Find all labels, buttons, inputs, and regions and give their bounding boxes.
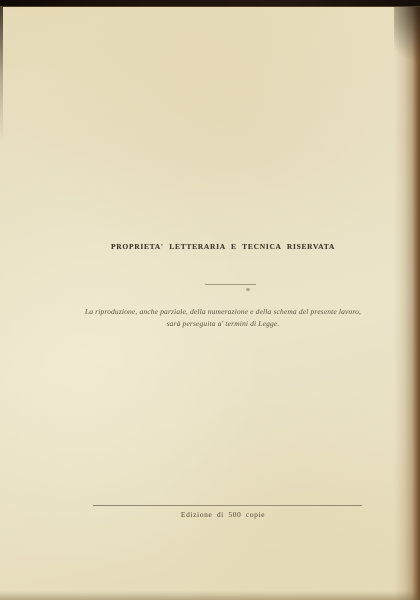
reproduction-notice: La riproduzione, anche parziale, della n…	[13, 306, 420, 330]
book-page: PROPRIETA' LETTERARIA E TECNICA RISERVAT…	[0, 6, 420, 600]
notice-line-1: La riproduzione, anche parziale, della n…	[85, 307, 361, 316]
copyright-heading: PROPRIETA' LETTERARIA E TECNICA RISERVAT…	[13, 242, 420, 251]
binding-edge-top	[0, 0, 420, 7]
edition-note: Edizione di 500 copie	[13, 510, 420, 519]
heading-divider-rule	[205, 284, 256, 285]
page-shadow-bottom	[0, 591, 420, 600]
binding-edge-left	[0, 0, 3, 140]
book-scan: PROPRIETA' LETTERARIA E TECNICA RISERVAT…	[0, 0, 420, 600]
page-edge-right	[394, 0, 420, 600]
ink-speck	[246, 287, 251, 291]
colophon-rule	[93, 505, 362, 506]
notice-line-2: sarà perseguita a' termini di Legge.	[167, 319, 280, 328]
